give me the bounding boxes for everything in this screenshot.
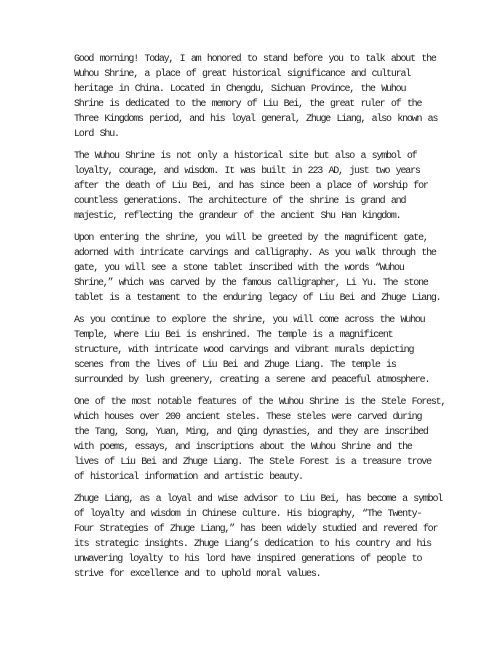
document-body[interactable]: Good morning! Today, I am honored to sta… (74, 52, 474, 589)
paragraph-6: Zhuge Liang, as a loyal and wise advisor… (74, 492, 474, 582)
text-line: unwavering loyalty to his lord have insp… (74, 552, 474, 567)
text-line: As you continue to explore the shrine, y… (74, 313, 474, 328)
text-line: Upon entering the shrine, you will be gr… (74, 231, 474, 246)
document-page: Good morning! Today, I am honored to sta… (0, 0, 502, 649)
text-line: which houses over 200 ancient steles. Th… (74, 410, 474, 425)
text-line: countless generations. The architecture … (74, 194, 474, 209)
text-line: Shrine,” which was carved by the famous … (74, 276, 474, 291)
text-line: Lord Shu. (74, 127, 474, 142)
text-line: after the death of Liu Bei, and has sinc… (74, 179, 474, 194)
text-line: Three Kingdoms period, and his loyal gen… (74, 112, 474, 127)
text-line: the Tang, Song, Yuan, Ming, and Qing dyn… (74, 425, 474, 440)
text-line: with poems, essays, and inscriptions abo… (74, 440, 474, 455)
text-line: lives of Liu Bei and Zhuge Liang. The St… (74, 455, 474, 470)
text-line: of historical information and artistic b… (74, 470, 474, 485)
text-line: Good morning! Today, I am honored to sta… (74, 52, 474, 67)
text-line: tablet is a testament to the enduring le… (74, 291, 474, 306)
text-line: its strategic insights. Zhuge Liang’s de… (74, 537, 474, 552)
text-line: The Wuhou Shrine is not only a historica… (74, 149, 474, 164)
paragraph-4: As you continue to explore the shrine, y… (74, 313, 474, 388)
text-line: strive for excellence and to uphold mora… (74, 567, 474, 582)
text-line: Wuhou Shrine, a place of great historica… (74, 67, 474, 82)
paragraph-5: One of the most notable features of the … (74, 395, 474, 485)
text-line: Shrine is dedicated to the memory of Liu… (74, 97, 474, 112)
text-line: Temple, where Liu Bei is enshrined. The … (74, 328, 474, 343)
text-line: loyalty, courage, and wisdom. It was bui… (74, 164, 474, 179)
text-line: scenes from the lives of Liu Bei and Zhu… (74, 358, 474, 373)
paragraph-1: Good morning! Today, I am honored to sta… (74, 52, 474, 142)
screenshot-root: { "document": { "background_color": "#ff… (0, 0, 502, 649)
text-line: Zhuge Liang, as a loyal and wise advisor… (74, 492, 474, 507)
text-line: Four Strategies of Zhuge Liang,” has bee… (74, 522, 474, 537)
paragraph-3: Upon entering the shrine, you will be gr… (74, 231, 474, 306)
text-line: surrounded by lush greenery, creating a … (74, 373, 474, 388)
text-line: majestic, reflecting the grandeur of the… (74, 209, 474, 224)
paragraph-2: The Wuhou Shrine is not only a historica… (74, 149, 474, 224)
text-line: One of the most notable features of the … (74, 395, 474, 410)
text-line: gate, you will see a stone tablet inscri… (74, 261, 474, 276)
text-line: of loyalty and wisdom in Chinese culture… (74, 507, 474, 522)
text-line: adorned with intricate carvings and call… (74, 246, 474, 261)
text-line: heritage in China. Located in Chengdu, S… (74, 82, 474, 97)
text-line: structure, with intricate wood carvings … (74, 343, 474, 358)
